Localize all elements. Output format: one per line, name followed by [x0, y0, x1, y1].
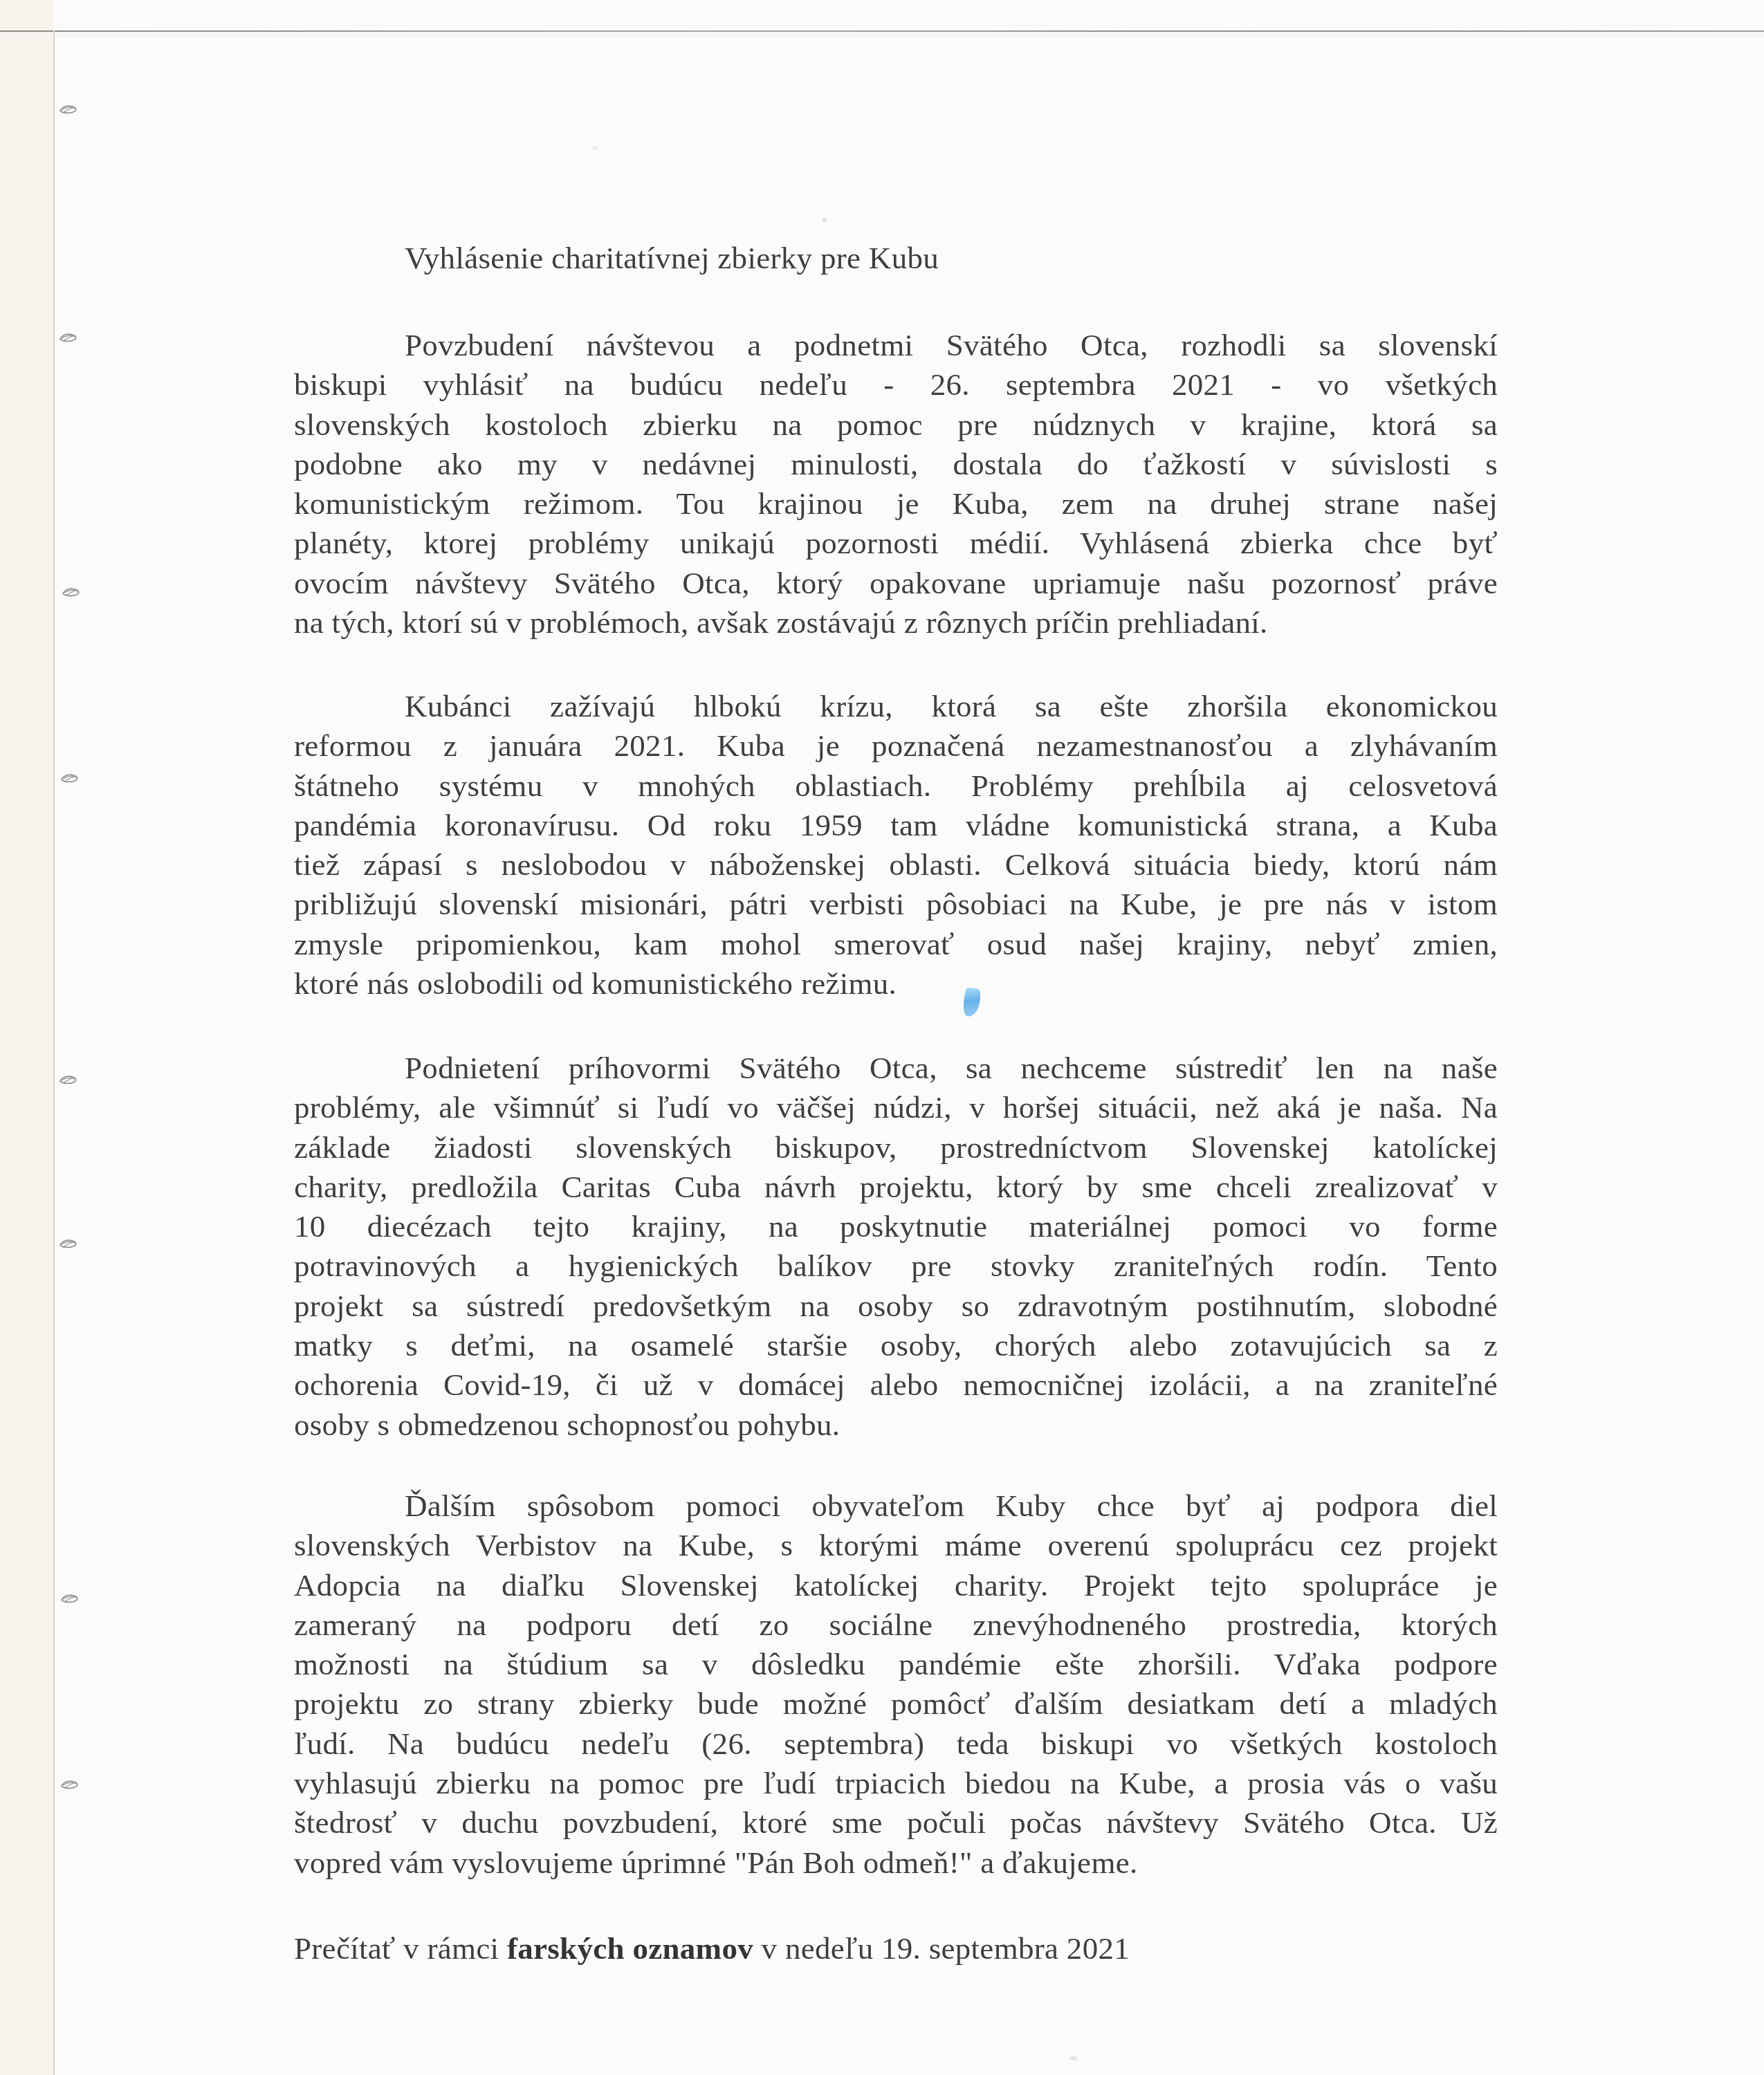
footer-prefix: Prečítať v rámci — [294, 1931, 507, 1966]
scanner-background-strip — [0, 0, 53, 2075]
document-title: Vyhlásenie charitatívnej zbierky pre Kub… — [405, 240, 939, 276]
text-line: zmysle pripomienkou, kam mohol smerovať … — [294, 925, 1498, 964]
paragraph-1: Povzbudení návštevou a podnetmi Svätého … — [294, 326, 1498, 643]
margin-mark — [61, 587, 82, 598]
text-line: komunistickým režimom. Tou krajinou je K… — [294, 484, 1498, 524]
text-line: projekt sa sústredí predovšetkým na osob… — [294, 1286, 1498, 1326]
text-line: ktoré nás oslobodili od komunistického r… — [294, 964, 1498, 1004]
text-line: Povzbudení návštevou a podnetmi Svätého … — [294, 326, 1498, 365]
paragraph-2: Kubánci zažívajú hlbokú krízu, ktorá sa … — [294, 687, 1498, 1004]
margin-mark — [58, 332, 79, 343]
footer-note: Prečítať v rámci farských oznamov v nede… — [294, 1930, 1130, 1966]
text-line: projektu zo strany zbierky bude možné po… — [294, 1684, 1498, 1724]
text-line: možnosti na štúdium sa v dôsledku pandém… — [294, 1645, 1498, 1684]
text-line: ovocím návštevy Svätého Otca, ktorý opak… — [294, 564, 1498, 603]
margin-mark — [59, 1593, 80, 1604]
text-line: slovenských Verbistov na Kube, s ktorými… — [294, 1526, 1498, 1565]
text-line: ochorenia Covid-19, či už v domácej aleb… — [294, 1365, 1498, 1405]
scan-speck — [1069, 2056, 1078, 2060]
text-line: pandémia koronavírusu. Od roku 1959 tam … — [294, 806, 1498, 845]
text-line: problémy, ale všimnúť si ľudí vo väčšej … — [294, 1088, 1498, 1127]
text-line: podobne ako my v nedávnej minulosti, dos… — [294, 445, 1498, 484]
text-line: osoby s obmedzenou schopnosťou pohybu. — [294, 1405, 1498, 1445]
text-line: 10 diecézach tejto krajiny, na poskytnut… — [294, 1207, 1498, 1246]
margin-mark — [58, 104, 79, 115]
text-line: matky s deťmi, na osamelé staršie osoby,… — [294, 1326, 1498, 1365]
text-line: Adopcia na diaľku Slovenskej katolíckej … — [294, 1566, 1498, 1605]
text-line: biskupi vyhlásiť na budúcu nedeľu - 26. … — [294, 365, 1498, 405]
text-line: štátneho systému v mnohých oblastiach. P… — [294, 766, 1498, 806]
text-line: reformou z januára 2021. Kuba je poznače… — [294, 726, 1498, 766]
scan-speck — [822, 219, 827, 222]
text-line: tiež zápasí s neslobodou v náboženskej o… — [294, 845, 1498, 885]
text-line: približujú slovenskí misionári, pátri ve… — [294, 885, 1498, 924]
margin-mark — [58, 1238, 79, 1249]
paragraph-3: Podnietení príhovormi Svätého Otca, sa n… — [294, 1049, 1498, 1445]
text-line: potravinových a hygienických balíkov pre… — [294, 1246, 1498, 1286]
page-left-edge-line — [53, 30, 55, 2075]
margin-mark — [58, 1074, 79, 1085]
text-line: Kubánci zažívajú hlbokú krízu, ktorá sa … — [294, 687, 1498, 726]
footer-suffix: v nedeľu 19. septembra 2021 — [753, 1931, 1130, 1966]
page-top-edge-line — [0, 30, 1764, 32]
scan-shadow-tint — [0, 32, 1764, 37]
text-line: ľudí. Na budúcu nedeľu (26. septembra) t… — [294, 1724, 1498, 1764]
text-line: slovenských kostoloch zbierku na pomoc p… — [294, 405, 1498, 445]
text-line: charity, predložila Caritas Cuba návrh p… — [294, 1168, 1498, 1207]
footer-bold-text: farských oznamov — [507, 1931, 753, 1966]
margin-mark — [59, 773, 80, 784]
text-line: zameraný na podporu detí zo sociálne zne… — [294, 1605, 1498, 1645]
paragraph-4: Ďalším spôsobom pomoci obyvateľom Kuby c… — [294, 1486, 1498, 1883]
text-line: Ďalším spôsobom pomoci obyvateľom Kuby c… — [294, 1486, 1498, 1526]
text-line: Podnietení príhovormi Svätého Otca, sa n… — [294, 1049, 1498, 1088]
text-line: na tých, ktorí sú v problémoch, avšak zo… — [294, 603, 1498, 643]
text-line: planéty, ktorej problémy unikajú pozorno… — [294, 524, 1498, 563]
scan-speck — [592, 147, 598, 150]
text-line: základe žiadosti slovenských biskupov, p… — [294, 1128, 1498, 1168]
text-line: vyhlasujú zbierku na pomoc pre ľudí trpi… — [294, 1764, 1498, 1803]
text-line: vopred vám vyslovujeme úprimné "Pán Boh … — [294, 1843, 1498, 1883]
scanned-document-page: Vyhlásenie charitatívnej zbierky pre Kub… — [0, 0, 1764, 2075]
margin-mark — [59, 1779, 80, 1790]
text-line: štedrosť v duchu povzbudení, ktoré sme p… — [294, 1803, 1498, 1843]
